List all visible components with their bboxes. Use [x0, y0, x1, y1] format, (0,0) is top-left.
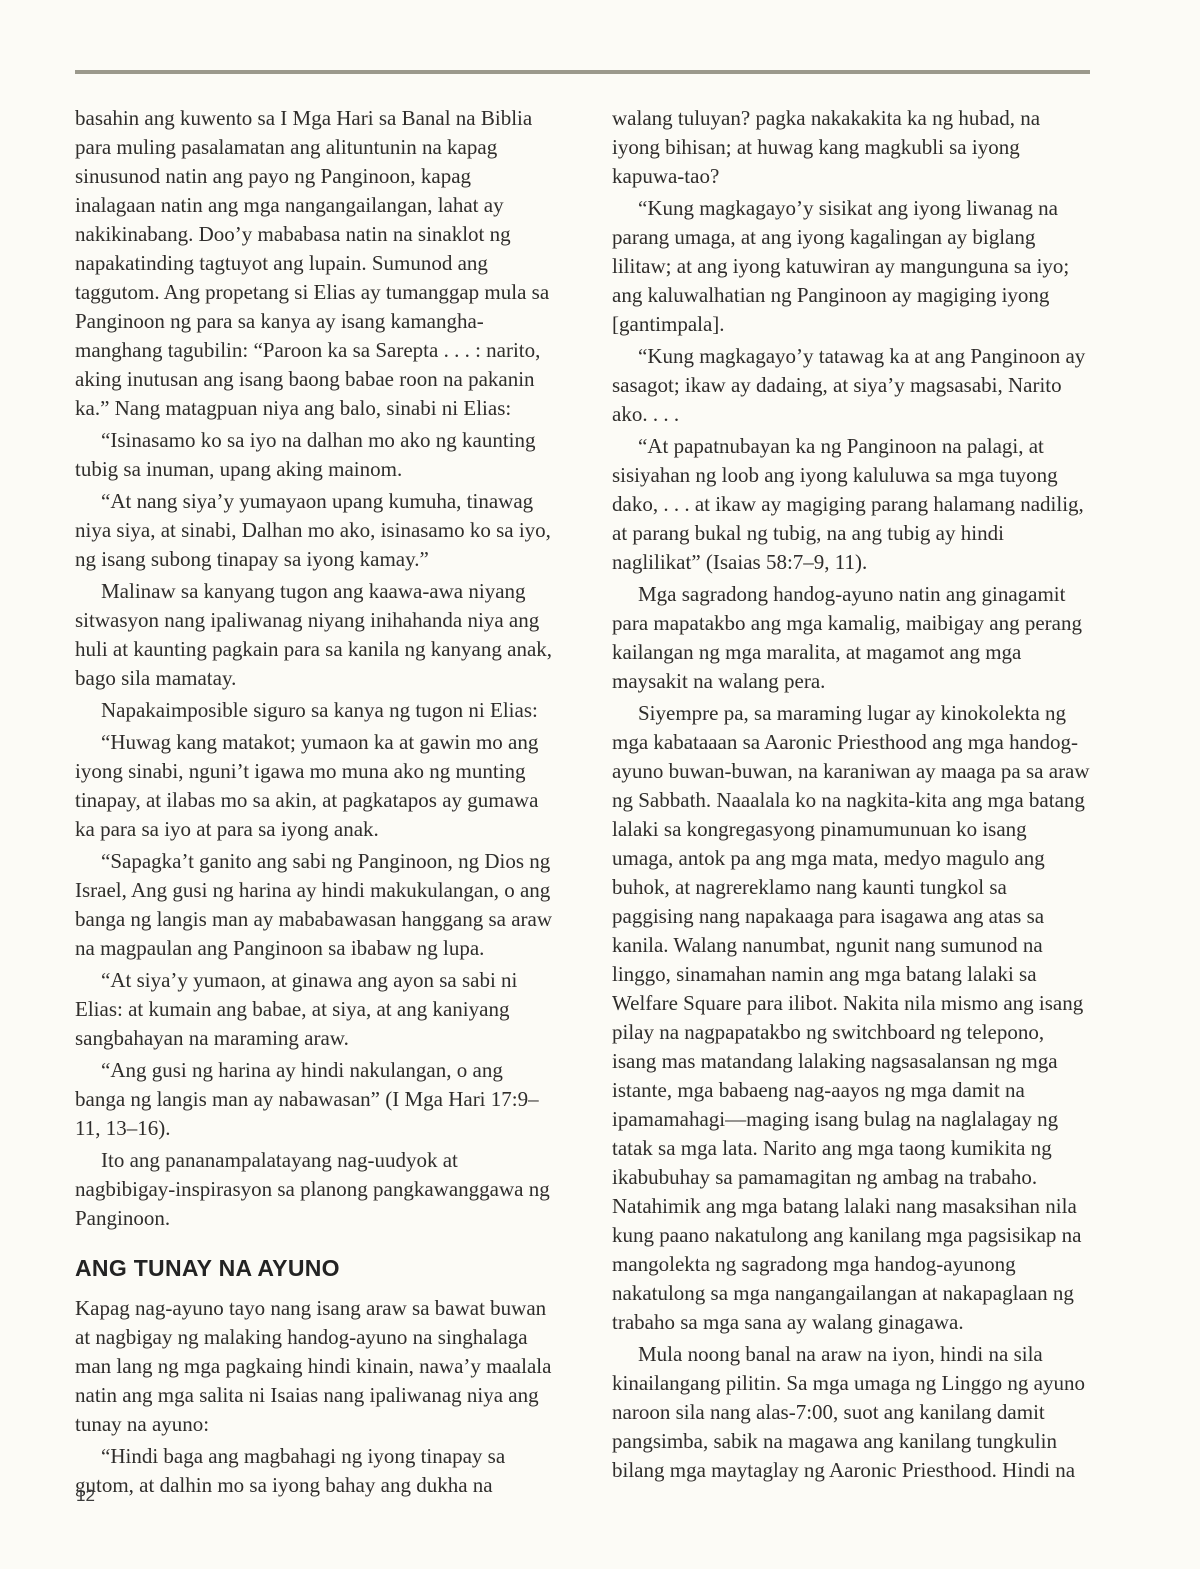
paragraph: walang tuluyan? pagka nakakakita ka ng h…	[612, 104, 1091, 191]
left-column: basahin ang kuwento sa I Mga Hari sa Ban…	[75, 104, 554, 1500]
magazine-page: basahin ang kuwento sa I Mga Hari sa Ban…	[0, 0, 1200, 1569]
paragraph: Napakaimposible siguro sa kanya ng tugon…	[75, 696, 554, 725]
paragraph: “At nang siya’y yumayaon upang kumuha, t…	[75, 487, 554, 574]
section-heading: ANG TUNAY NA AYUNO	[75, 1255, 554, 1282]
paragraph: “Ang gusi ng harina ay hindi nakulangan,…	[75, 1056, 554, 1143]
paragraph: basahin ang kuwento sa I Mga Hari sa Ban…	[75, 104, 554, 423]
paragraph: “Kung magkagayo’y tatawag ka at ang Pang…	[612, 342, 1091, 429]
paragraph: Malinaw sa kanyang tugon ang kaawa-awa n…	[75, 577, 554, 693]
paragraph: Mga sagradong handog-ayuno natin ang gin…	[612, 580, 1091, 696]
paragraph: “Huwag kang matakot; yumaon ka at gawin …	[75, 728, 554, 844]
paragraph: “Isinasamo ko sa iyo na dalhan mo ako ng…	[75, 426, 554, 484]
paragraph: Kapag nag-ayuno tayo nang isang araw sa …	[75, 1294, 554, 1439]
paragraph: Ito ang pananampalatayang nag-uudyok at …	[75, 1146, 554, 1233]
paragraph: “Sapagka’t ganito ang sabi ng Panginoon,…	[75, 847, 554, 963]
paragraph: “At papatnubayan ka ng Panginoon na pala…	[612, 432, 1091, 577]
paragraph: “Hindi baga ang magbahagi ng iyong tinap…	[75, 1442, 554, 1500]
page-number: 12	[76, 1486, 95, 1506]
right-column: walang tuluyan? pagka nakakakita ka ng h…	[612, 104, 1091, 1500]
paragraph: “Kung magkagayo’y sisikat ang iyong liwa…	[612, 194, 1091, 339]
article-body: basahin ang kuwento sa I Mga Hari sa Ban…	[75, 104, 1090, 1500]
paragraph: “At siya’y yumaon, at ginawa ang ayon sa…	[75, 966, 554, 1053]
paragraph: Siyempre pa, sa maraming lugar ay kinoko…	[612, 699, 1091, 1337]
header-rule	[75, 70, 1090, 74]
paragraph: Mula noong banal na araw na iyon, hindi …	[612, 1340, 1091, 1485]
